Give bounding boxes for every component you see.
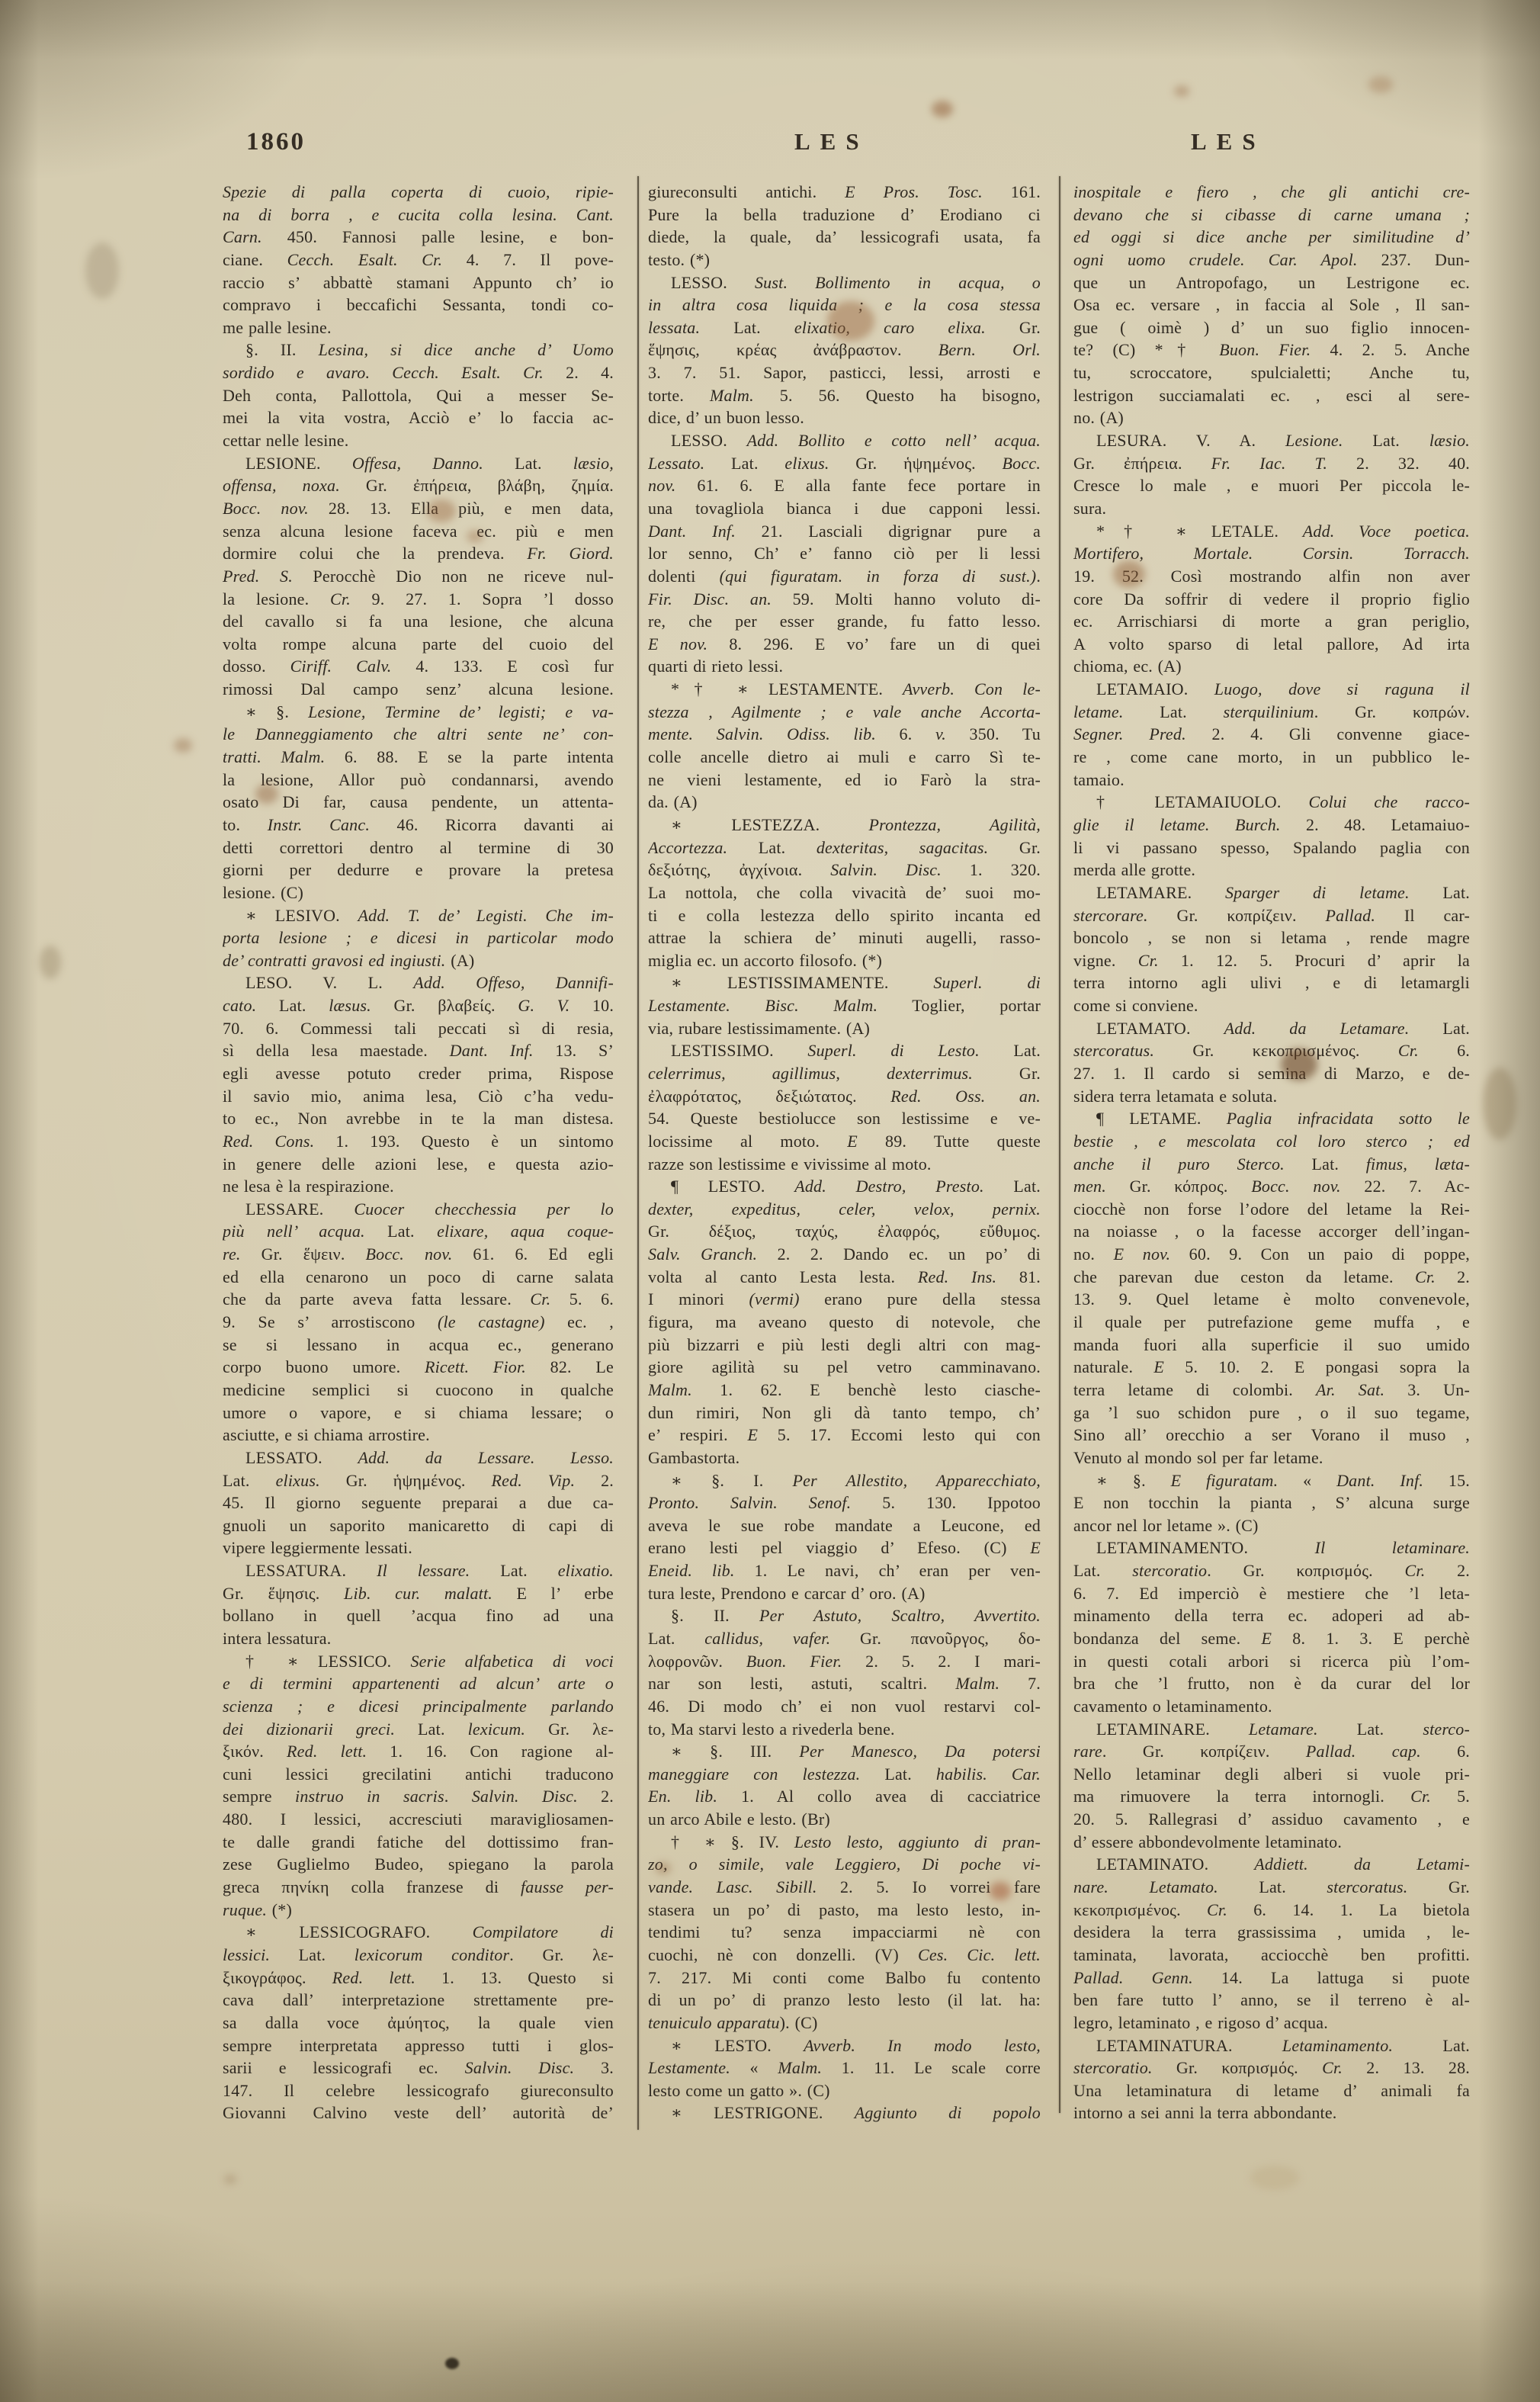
text-line: LESURA. V. A. Lesione. Lat. læsio. xyxy=(1073,429,1470,452)
text-line: tendimi tu? senza impacciarmi nè con xyxy=(648,1921,1041,1944)
text-line: figura, ma aveano questo di notevole, ch… xyxy=(648,1311,1041,1334)
text-line: zo, o simile, vale Leggiero, Di poche vi… xyxy=(648,1853,1041,1876)
text-line: LESSATO. Add. da Lessare. Lesso. xyxy=(223,1447,614,1469)
text-line: Spezie di palla coperta di cuoio, ripie- xyxy=(223,181,614,204)
text-line: giorni per dedurre e provare la pretesa xyxy=(223,859,614,881)
text-line: volta rompe alcuna parte del cuoio del xyxy=(223,633,614,656)
text-line: re. Gr. ἕψειν. Bocc. nov. 61. 6. Ed egli xyxy=(223,1243,614,1266)
text-line: La nottola, che colla vivacità de’ suoi … xyxy=(648,881,1041,904)
text-line: ne vieni lestamente, ed io Farò la stra- xyxy=(648,769,1041,792)
text-line: Gr. ἕψησις. Lib. cur. malatt. E l’ erbe xyxy=(223,1582,614,1605)
text-line: tu, scroccatore, spulcialetti; Anche tu, xyxy=(1073,361,1470,384)
text-line: del cavallo si fa una lesione, che alcun… xyxy=(223,610,614,633)
text-line: boncolo , se non si letama , rende magre xyxy=(1073,926,1470,949)
text-line: bondanza del seme. E 8. 1. 3. E perchè xyxy=(1073,1627,1470,1650)
text-line: I minori (vermi) erano pure della stessa xyxy=(648,1288,1041,1311)
text-line: legro, letaminato , e rigoso d’ acqua. xyxy=(1073,2012,1470,2034)
text-line: da. (A) xyxy=(648,791,1041,814)
text-line: † LETAMAIUOLO. Colui che racco- xyxy=(1073,791,1470,814)
text-line: umore o vapore, e si chiama lessare; o xyxy=(223,1402,614,1424)
text-line: greca πηνίκη colla franzese di fausse pe… xyxy=(223,1876,614,1899)
text-line: §. II. Lesina, si dice anche d’ Uomo xyxy=(223,339,614,361)
stain xyxy=(1250,2166,1299,2190)
text-line: diede, la quale, da’ lessicografi usata,… xyxy=(648,226,1041,249)
text-line: lesto come un gatto ». (C) xyxy=(648,2079,1041,2102)
text-line: ∗ LESIVO. Add. T. de’ Legisti. Che im- xyxy=(223,904,614,927)
text-line: na di borra , e cucita colla lesina. Can… xyxy=(223,204,614,226)
text-line: Segner. Pred. 2. 4. Gli convenne giace- xyxy=(1073,723,1470,746)
text-line: Lat. stercoratio. Gr. κοπρισμός. Cr. 2. xyxy=(1073,1559,1470,1582)
text-line: giureconsulti antichi. E Pros. Tosc. 161… xyxy=(648,181,1041,204)
text-line: cettar nelle lesine. xyxy=(223,429,614,452)
text-line: bollano in quell ’acqua fino ad una xyxy=(223,1604,614,1627)
text-line: 27. 1. Il cardo si semina di Marzo, e de… xyxy=(1073,1062,1470,1085)
text-line: 6. 7. Ed imperciò è mestiere che ’l leta… xyxy=(1073,1582,1470,1605)
text-line: Sino all’ orecchio a ser Vorano il muso … xyxy=(1073,1424,1470,1447)
text-line: gnuoli un saporito manicaretto di capi d… xyxy=(223,1514,614,1537)
text-line: Pronto. Salvin. Senof. 5. 130. Ippotoo xyxy=(648,1492,1041,1514)
text-line: porta lesione ; e dicesi in particolar m… xyxy=(223,926,614,949)
text-line: LETAMINAMENTO. Il letaminare. xyxy=(1073,1537,1470,1559)
text-line: in questi cotali arbori si ricerca più l… xyxy=(1073,1650,1470,1673)
text-line: lor senno, Ch’ e’ fanno ciò per li lessi xyxy=(648,542,1041,565)
text-line: naturale. E 5. 10. 2. E pongasi sopra la xyxy=(1073,1356,1470,1379)
text-line: volta al canto Lesta lesta. Red. Ins. 81… xyxy=(648,1266,1041,1289)
text-line: egli avesse potuto creder prima, Rispose xyxy=(223,1062,614,1085)
text-line: il savio mio, anima lesa, Ciò c’ha vedu- xyxy=(223,1085,614,1108)
text-line: manda fuori alla superficie il suo umido xyxy=(1073,1334,1470,1357)
text-line: asciutte, e si chiama arrostire. xyxy=(223,1424,614,1447)
text-line: detti correttori dentro al termine di 30 xyxy=(223,837,614,859)
text-line: la lesione, Allor può condannarsi, avend… xyxy=(223,769,614,792)
text-line: *† ∗ LESTAMENTE. Avverb. Con le- xyxy=(648,678,1041,701)
text-line: tamaio. xyxy=(1073,769,1470,792)
text-line: stercoratio. Gr. κοπρισμός. Cr. 2. 13. 2… xyxy=(1073,2057,1470,2079)
text-line: Osa ec. versare , in faccia al Sole , Il… xyxy=(1073,294,1470,316)
text-line: ἕψησις, κρέας ἀνάβραστον. Bern. Orl. xyxy=(648,339,1041,361)
text-line: ∗ §. E figuratam. « Dant. Inf. 15. xyxy=(1073,1469,1470,1492)
text-line: LESSO. Sust. Bollimento in acqua, o xyxy=(648,271,1041,294)
text-line: dice, d’ un buon lesso. xyxy=(648,406,1041,429)
text-line: ∗ LESTEZZA. Prontezza, Agilità, xyxy=(648,814,1041,837)
text-line: giore agilità su pel vetro camminavano. xyxy=(648,1356,1041,1379)
text-line: LESSARE. Cuocer checchessia per lo xyxy=(223,1198,614,1221)
text-line: torte. Malm. 5. 56. Questo ha bisogno, xyxy=(648,384,1041,407)
text-line: ed ella cenarono un poco di carne salata xyxy=(223,1266,614,1289)
text-line: ∗ LESTO. Avverb. In modo lesto, xyxy=(648,2034,1041,2057)
text-line: Deh conta, Pallottola, Qui a messer Se- xyxy=(223,384,614,407)
text-line: LESO. V. L. Add. Offeso, Dannifi- xyxy=(223,971,614,994)
text-line: LESSATURA. Il lessare. Lat. elixatio. xyxy=(223,1559,614,1582)
text-line: zese Guglielmo Budeo, spiegano la parola xyxy=(223,1853,614,1876)
text-line: 46. Di modo ch’ ei non vuol restarvi col… xyxy=(648,1695,1041,1718)
text-line: taminata, lavorata, acciocchè ben profit… xyxy=(1073,1944,1470,1967)
text-line: ∗ LESTRIGONE. Aggiunto di popolo xyxy=(648,2102,1041,2124)
text-line: Accortezza. Lat. dexteritas, sagacitas. … xyxy=(648,837,1041,859)
text-line: core Da soffrir di vedere il proprio fig… xyxy=(1073,588,1470,611)
text-line: senza alcuna lesione faceva ec. più e me… xyxy=(223,520,614,543)
text-line: terra intorno agli ulivi , e di letamarg… xyxy=(1073,971,1470,994)
text-line: tura leste, Prendono e carcar d’ oro. (A… xyxy=(648,1582,1041,1605)
text-line: rimossi Dal campo senz’ alcuna lesione. xyxy=(223,678,614,701)
text-line: cava dall’ interpretazione strettamente … xyxy=(223,1989,614,2012)
text-line: colle ancelle dietro ai muli e carro Sì … xyxy=(648,746,1041,769)
page-number: 1860 xyxy=(246,128,306,156)
text-line: ¶ LETAME. Paglia infracidata sotto le xyxy=(1073,1107,1470,1130)
text-line: *† ∗ LETALE. Add. Voce poetica. xyxy=(1073,520,1470,543)
text-line: sa dalla voce ἀμύητος, la quale vien xyxy=(223,2012,614,2034)
text-line: LETAMINARE. Letamare. Lat. sterco- xyxy=(1073,1718,1470,1741)
text-line: via, rubare lestissimamente. (A) xyxy=(648,1017,1041,1040)
text-line: ciane. Cecch. Esalt. Cr. 4. 7. Il pove- xyxy=(223,249,614,271)
text-line: §. II. Per Astuto, Scaltro, Avvertito. xyxy=(648,1604,1041,1627)
text-line: che da parte aveva fatta lessare. Cr. 5.… xyxy=(223,1288,614,1311)
text-line: sì della lesa maestade. Dant. Inf. 13. S… xyxy=(223,1039,614,1062)
text-line: raccio s’ abbattè stamani Appunto ch’ io xyxy=(223,271,614,294)
text-line: lessici. Lat. lexicorum conditor. Gr. λε… xyxy=(223,1944,614,1967)
text-line: Dant. Inf. 21. Lasciali digrignar pure a xyxy=(648,520,1041,543)
text-line: ciocchè non forse l’odore del letame la … xyxy=(1073,1198,1470,1221)
text-line: Gr. δέξιος, ταχύς, ἐλαφρός, εὔθυμος. xyxy=(648,1220,1041,1243)
text-line: Salv. Granch. 2. 2. Dando ec. un po’ di xyxy=(648,1243,1041,1266)
text-line: ∗ §. Lesione, Termine de’ legisti; e va- xyxy=(223,701,614,724)
dictionary-column-left: Spezie di palla coperta di cuoio, ripie-… xyxy=(223,181,614,2124)
text-line: ∗ §. I. Per Allestito, Apparecchiato, xyxy=(648,1469,1041,1492)
text-line: ∗ §. III. Per Manesco, Da potersi xyxy=(648,1740,1041,1763)
text-line: cuni lessici grecilatini antichi traduco… xyxy=(223,1763,614,1786)
text-line: vipere leggiermente lessati. xyxy=(223,1537,614,1559)
text-line: κεκοπρισμένος. Cr. 6. 14. 1. La bietola xyxy=(1073,1899,1470,1922)
scanned-dictionary-page: 1860 LES LES Spezie di palla coperta di … xyxy=(0,0,1540,2402)
text-line: Gr. ἐπήρεια. Fr. Iac. T. 2. 32. 40. xyxy=(1073,452,1470,475)
text-line: te dalle grandi fatiche del dottissimo f… xyxy=(223,1831,614,1854)
text-line: 480. I lessici, accresciuti maravigliosa… xyxy=(223,1808,614,1831)
text-line: che parevan due ceston da letame. Cr. 2. xyxy=(1073,1266,1470,1289)
text-line: dei dizionarii greci. Lat. lexicum. Gr. … xyxy=(223,1718,614,1741)
text-line: LETAMATO. Add. da Letamare. Lat. xyxy=(1073,1017,1470,1040)
text-line: na noiasse , o la facesse accorger dell’… xyxy=(1073,1220,1470,1243)
text-line: LESIONE. Offesa, Danno. Lat. læsio, xyxy=(223,452,614,475)
text-line: re, che per esser grande, fu fatto lesso… xyxy=(648,610,1041,633)
text-line: sempre interpretata appresso tutti i glo… xyxy=(223,2034,614,2057)
text-line: ne lesa è la respirazione. xyxy=(223,1175,614,1198)
text-line: E nov. 8. 296. E vo’ fare un di quei xyxy=(648,633,1041,656)
text-line: rare. Gr. κοπρίζειν. Pallad. cap. 6. xyxy=(1073,1740,1470,1763)
text-line: LETAMINATURA. Letaminamento. Lat. xyxy=(1073,2034,1470,2057)
text-line: te? (C) *† Buon. Fier. 4. 2. 5. Anche xyxy=(1073,339,1470,361)
text-line: tenuiculo apparatu). (C) xyxy=(648,2012,1041,2034)
text-line: 147. Il celebre lessicografo giureconsul… xyxy=(223,2079,614,2102)
text-line: sura. xyxy=(1073,497,1470,520)
text-line: medicine semplici si cuocono in qualche xyxy=(223,1379,614,1402)
text-line: dun rimiri, Non gli dà tanto tempo, ch’ xyxy=(648,1402,1041,1424)
text-line: 13. 9. Quel letame è molto convenevole, xyxy=(1073,1288,1470,1311)
text-line: celerrimus, agillimus, dexterrimus. Gr. xyxy=(648,1062,1041,1085)
stain xyxy=(85,242,119,299)
text-line: me palle lesine. xyxy=(223,316,614,339)
text-line: bra che ’l frutto, non è da curar del lo… xyxy=(1073,1672,1470,1695)
text-line: mei la vita vostra, Acciò e’ lo faccia a… xyxy=(223,406,614,429)
text-line: cato. Lat. læsus. Gr. βλαβείς. G. V. 10. xyxy=(223,994,614,1017)
text-line: ti e colla lestezza dello spirito incant… xyxy=(648,904,1041,927)
text-line: En. lib. 1. Al collo avea di cacciatrice xyxy=(648,1785,1041,1808)
text-line: in genere delle azioni lese, e questa az… xyxy=(223,1153,614,1176)
text-line: se si lessano in acqua ec., generano xyxy=(223,1334,614,1357)
text-line: Pred. S. Perocchè Dio non ne riceve nul- xyxy=(223,565,614,588)
text-line: 20. 5. Rallegrasi d’ assiduo cavamento ,… xyxy=(1073,1808,1470,1831)
text-line: d’ essere abbondevolmente letaminato. xyxy=(1073,1831,1470,1854)
text-line: anche il puro Sterco. Lat. fimus, læta- xyxy=(1073,1153,1470,1176)
text-line: le Danneggiamento che altri sente ne’ co… xyxy=(223,723,614,746)
text-line: ξικόν. Red. lett. 1. 16. Con ragione al- xyxy=(223,1740,614,1763)
stain xyxy=(174,738,192,753)
text-line: Fir. Disc. an. 59. Molti hanno voluto di… xyxy=(648,588,1041,611)
text-line: ben fare tutto l’ anno, se il terreno è … xyxy=(1073,1989,1470,2012)
text-line: to, Ma starvi lesto a rivederla bene. xyxy=(648,1718,1041,1741)
text-line: bestie , e mescolata col loro sterco ; e… xyxy=(1073,1130,1470,1153)
text-line: re , come cane morto, in un pubblico le- xyxy=(1073,746,1470,769)
text-line: e di termini appartenenti ad alcun’ arte… xyxy=(223,1672,614,1695)
text-line: sordido e avaro. Cecch. Esalt. Cr. 2. 4. xyxy=(223,361,614,384)
stain xyxy=(40,946,61,979)
text-line: locissime al moto. E 89. Tutte queste xyxy=(648,1130,1041,1153)
text-line: il quale per putrefazione geme muffa , e xyxy=(1073,1311,1470,1334)
text-line: glie il letame. Burch. 2. 48. Letamaiuo- xyxy=(1073,814,1470,837)
text-line: merda alle grotte. xyxy=(1073,859,1470,881)
text-line: Nello letaminar degli alberi si vuole pr… xyxy=(1073,1763,1470,1786)
text-line: Carn. 450. Fannosi palle lesine, e bon- xyxy=(223,226,614,249)
text-line: 70. 6. Commessi tali peccati sì di resia… xyxy=(223,1017,614,1040)
text-line: E non tocchin la pianta , S’ alcuna surg… xyxy=(1073,1492,1470,1514)
text-line: terra letame di colombi. Ar. Sat. 3. Un- xyxy=(1073,1379,1470,1402)
running-head-right: LES xyxy=(1191,128,1266,156)
text-line: Lat. elixus. Gr. ἡψημένος. Red. Vip. 2. xyxy=(223,1469,614,1492)
text-line: minamento della terra ec. adoperi ad ab- xyxy=(1073,1604,1470,1627)
text-line: dolenti (qui figuratam. in forza di sust… xyxy=(648,565,1041,588)
stain xyxy=(224,2175,236,2184)
text-line: inospitale e fiero , che gli antichi cre… xyxy=(1073,181,1470,204)
stain xyxy=(1174,85,1189,97)
text-line: vigne. Cr. 1. 12. 5. Procuri d’ aprir la xyxy=(1073,949,1470,972)
text-line: razze son lestissime e vivissime al moto… xyxy=(648,1153,1041,1176)
text-line: ruque. (*) xyxy=(223,1899,614,1922)
text-line: 54. Queste bestiolucce son lestissime e … xyxy=(648,1107,1041,1130)
ink-spot xyxy=(445,2358,459,2369)
text-line: A volto sparso di letal pallore, Ad irta xyxy=(1073,633,1470,656)
text-line: devano che si cibasse di carne umana ; xyxy=(1073,204,1470,226)
text-line: dosso. Ciriff. Calv. 4. 133. E così fur xyxy=(223,655,614,678)
text-line: Lat. callidus, vafer. Gr. πανοῦργος, δο- xyxy=(648,1627,1041,1650)
text-line: Venuto al mondo sol per far letame. xyxy=(1073,1447,1470,1469)
text-line: stasera un po’ di pasto, ma lesto lesto,… xyxy=(648,1899,1041,1922)
text-line: λοφρονῶν. Buon. Fier. 2. 5. 2. I mari- xyxy=(648,1650,1041,1673)
text-line: stercoratus. Gr. κεκοπρισμένος. Cr. 6. xyxy=(1073,1039,1470,1062)
text-line: Bocc. nov. 28. 13. Ella più, e men data, xyxy=(223,497,614,520)
text-line: Una letaminatura di letame d’ animali fa xyxy=(1073,2079,1470,2102)
text-line: tratti. Malm. 6. 88. E se la parte inten… xyxy=(223,746,614,769)
text-line: LETAMAIO. Luogo, dove si raguna il xyxy=(1073,678,1470,701)
text-line: ancor nel lor letame ». (C) xyxy=(1073,1514,1470,1537)
text-line: 9. Se s’ arrostiscono (le castagne) ec. … xyxy=(223,1311,614,1334)
text-line: nare. Letamato. Lat. stercoratus. Gr. xyxy=(1073,1876,1470,1899)
text-line: Pallad. Genn. 14. La lattuga si puote xyxy=(1073,1967,1470,1989)
text-line: vande. Lasc. Sibill. 2. 5. Io vorrei far… xyxy=(648,1876,1041,1899)
text-line: LETAMINATO. Addiett. da Letami- xyxy=(1073,1853,1470,1876)
text-line: lesione. (C) xyxy=(223,881,614,904)
text-line: dormire colui che la prendeva. Fr. Giord… xyxy=(223,542,614,565)
text-line: testo. (*) xyxy=(648,249,1041,271)
text-line: nov. 61. 6. E alla fante fece portare in xyxy=(648,474,1041,497)
text-line: nar son lesti, astuti, scaltri. Malm. 7. xyxy=(648,1672,1041,1695)
text-line: sidera terra letamata e soluta. xyxy=(1073,1085,1470,1108)
text-line: Cresce lo male , e muori Per piccola le- xyxy=(1073,474,1470,497)
text-line: lestrigon succiamalati ec. , esci al ser… xyxy=(1073,384,1470,407)
text-line: chioma, ec. (A) xyxy=(1073,655,1470,678)
text-line: sempre instruo in sacris. Salvin. Disc. … xyxy=(223,1785,614,1808)
text-line: aveva le sue robe mandate a Leucone, ed xyxy=(648,1514,1041,1537)
text-line: come si conviene. xyxy=(1073,994,1470,1017)
stain xyxy=(1483,1068,1516,1140)
stain xyxy=(932,101,953,117)
text-line: Mortifero, Mortale. Corsin. Torracch. xyxy=(1073,542,1470,565)
text-line: e’ respiri. E 5. 17. Eccomi lesto qui co… xyxy=(648,1424,1041,1447)
text-line: to ec., Non avrebbe in te la man distesa… xyxy=(223,1107,614,1130)
text-line: 3. 7. 51. Sapor, pasticci, lessi, arrost… xyxy=(648,361,1041,384)
text-line: gue ( oimè ) d’ un suo figlio innocen- xyxy=(1073,316,1470,339)
text-line: sarii e lessicografi ec. Salvin. Disc. 3… xyxy=(223,2057,614,2079)
text-line: compravo i beccafichi Sessanta, tondi co… xyxy=(223,294,614,316)
text-line: Lestamente. Bisc. Malm. Toglier, portar xyxy=(648,994,1041,1017)
text-line: ma rimuovere la terra intornogli. Cr. 5. xyxy=(1073,1785,1470,1808)
text-line: cuochi, nè con donzelli. (V) Ces. Cic. l… xyxy=(648,1944,1041,1967)
text-line: un arco Abile e lesto. (Br) xyxy=(648,1808,1041,1831)
text-line: Pure la bella traduzione d’ Erodiano ci xyxy=(648,204,1041,226)
text-line: più nell’ acqua. Lat. elixare, aqua coqu… xyxy=(223,1220,614,1243)
text-line: una tovagliola bianca i due capponi less… xyxy=(648,497,1041,520)
text-line: LESTISSIMO. Superl. di Lesto. Lat. xyxy=(648,1039,1041,1062)
text-line: attrae la schiera de’ minuti augelli, ra… xyxy=(648,926,1041,949)
column-divider-right xyxy=(1059,176,1060,2113)
text-line: Gambastorta. xyxy=(648,1447,1041,1469)
text-line: stezza , Agilmente ; e vale anche Accort… xyxy=(648,701,1041,724)
text-line: no. (A) xyxy=(1073,406,1470,429)
text-line: ed oggi si dice anche per similitudine d… xyxy=(1073,226,1470,249)
text-line: † ∗ §. IV. Lesto lesto, aggiunto di pran… xyxy=(648,1831,1041,1854)
text-line: Lessato. Lat. elixus. Gr. ἡψημένος. Bocc… xyxy=(648,452,1041,475)
text-line: scienza ; e dicesi principalmente parlan… xyxy=(223,1695,614,1718)
text-line: intorno a sei anni la terra abbondante. xyxy=(1073,2102,1470,2124)
text-line: corpo buono umore. Ricett. Fior. 82. Le xyxy=(223,1356,614,1379)
text-line: 7. 217. Mi conti come Balbo fu contento xyxy=(648,1967,1041,1989)
text-line: Eneid. lib. 1. Le navi, ch’ eran per ven… xyxy=(648,1559,1041,1582)
dictionary-column-center: giureconsulti antichi. E Pros. Tosc. 161… xyxy=(648,181,1041,2124)
text-line: LETAMARE. Sparger di letame. Lat. xyxy=(1073,881,1470,904)
text-line: † ∗ LESSICO. Serie alfabetica di voci xyxy=(223,1650,614,1673)
text-line: ogni uomo crudele. Car. Apol. 237. Dun- xyxy=(1073,249,1470,271)
text-line: ∗ LESSICOGRAFO. Compilatore di xyxy=(223,1921,614,1944)
text-line: ec. Arrischiarsi di morte a gran perigli… xyxy=(1073,610,1470,633)
text-line: LESSO. Add. Bollito e cotto nell’ acqua. xyxy=(648,429,1041,452)
text-line: erano lesti pel viaggio d’ Efeso. (C) E xyxy=(648,1537,1041,1559)
text-line: li vi passano spesso, Spalando paglia co… xyxy=(1073,837,1470,859)
text-line: Red. Cons. 1. 193. Questo è un sintomo xyxy=(223,1130,614,1153)
text-line: desidera la terra grassissima , umida , … xyxy=(1073,1921,1470,1944)
text-line: ἐλαφρότατος, δεξιώτατος. Red. Oss. an. xyxy=(648,1085,1041,1108)
text-line: ∗ LESTISSIMAMENTE. Superl. di xyxy=(648,971,1041,994)
text-line: 19. 52. Così mostrando alfin non aver xyxy=(1073,565,1470,588)
column-divider-left xyxy=(637,176,639,2130)
text-line: ¶ LESTO. Add. Destro, Presto. Lat. xyxy=(648,1175,1041,1198)
text-line: ξικογράφος. Red. lett. 1. 13. Questo si xyxy=(223,1967,614,1989)
text-line: que un Antropofago, un Lestrigone ec. xyxy=(1073,271,1470,294)
text-line: osato Di far, causa pendente, un attenta… xyxy=(223,791,614,814)
text-line: Giovanni Calvino veste dell’ autorità de… xyxy=(223,2102,614,2124)
text-line: cavamento o letaminamento. xyxy=(1073,1695,1470,1718)
text-line: Malm. 1. 62. E benchè lesto ciasche- xyxy=(648,1379,1041,1402)
text-line: in altra cosa liquida ; e la cosa stessa xyxy=(648,294,1041,316)
text-line: lessata. Lat. elixatio, caro elixa. Gr. xyxy=(648,316,1041,339)
text-line: men. Gr. κόπρος. Bocc. nov. 22. 7. Ac- xyxy=(1073,1175,1470,1198)
text-line: 45. Il giorno seguente preparai a due ca… xyxy=(223,1492,614,1514)
text-line: più bizzarri e più lesti degli altri con… xyxy=(648,1334,1041,1357)
text-line: la lesione. Cr. 9. 27. 1. Sopra ’l dosso xyxy=(223,588,614,611)
text-line: miglia ec. un accorto filosofo. (*) xyxy=(648,949,1041,972)
text-line: de’ contratti gravosi ed ingiusti. (A) xyxy=(223,949,614,972)
text-line: dexter, expeditus, celer, velox, pernix. xyxy=(648,1198,1041,1221)
text-line: Lestamente. « Malm. 1. 11. Le scale corr… xyxy=(648,2057,1041,2079)
dictionary-column-right: inospitale e fiero , che gli antichi cre… xyxy=(1073,181,1470,2124)
text-line: quarti di rieto lessi. xyxy=(648,655,1041,678)
text-line: δεξιότης, ἀγχίνοια. Salvin. Disc. 1. 320… xyxy=(648,859,1041,881)
text-line: mente. Salvin. Odiss. lib. 6. v. 350. Tu xyxy=(648,723,1041,746)
text-line: ga ’l suo schidon pure , o il suo tegame… xyxy=(1073,1402,1470,1424)
text-line: no. E nov. 60. 9. Con un paio di poppe, xyxy=(1073,1243,1470,1266)
text-line: to. Instr. Canc. 46. Ricorra davanti ai xyxy=(223,814,614,837)
text-line: intera lessatura. xyxy=(223,1627,614,1650)
text-line: offensa, noxa. Gr. ἐπήρεια, βλάβη, ζημία… xyxy=(223,474,614,497)
text-line: maneggiare con lestezza. Lat. habilis. C… xyxy=(648,1763,1041,1786)
text-line: stercorare. Gr. κοπρίζειν. Pallad. Il ca… xyxy=(1073,904,1470,927)
text-line: letame. Lat. sterquilinium. Gr. κοπρών. xyxy=(1073,701,1470,724)
running-head-center: LES xyxy=(794,128,869,156)
text-line: di un po’ di pranzo lesto lesto (il lat.… xyxy=(648,1989,1041,2012)
stain xyxy=(1368,76,1393,93)
